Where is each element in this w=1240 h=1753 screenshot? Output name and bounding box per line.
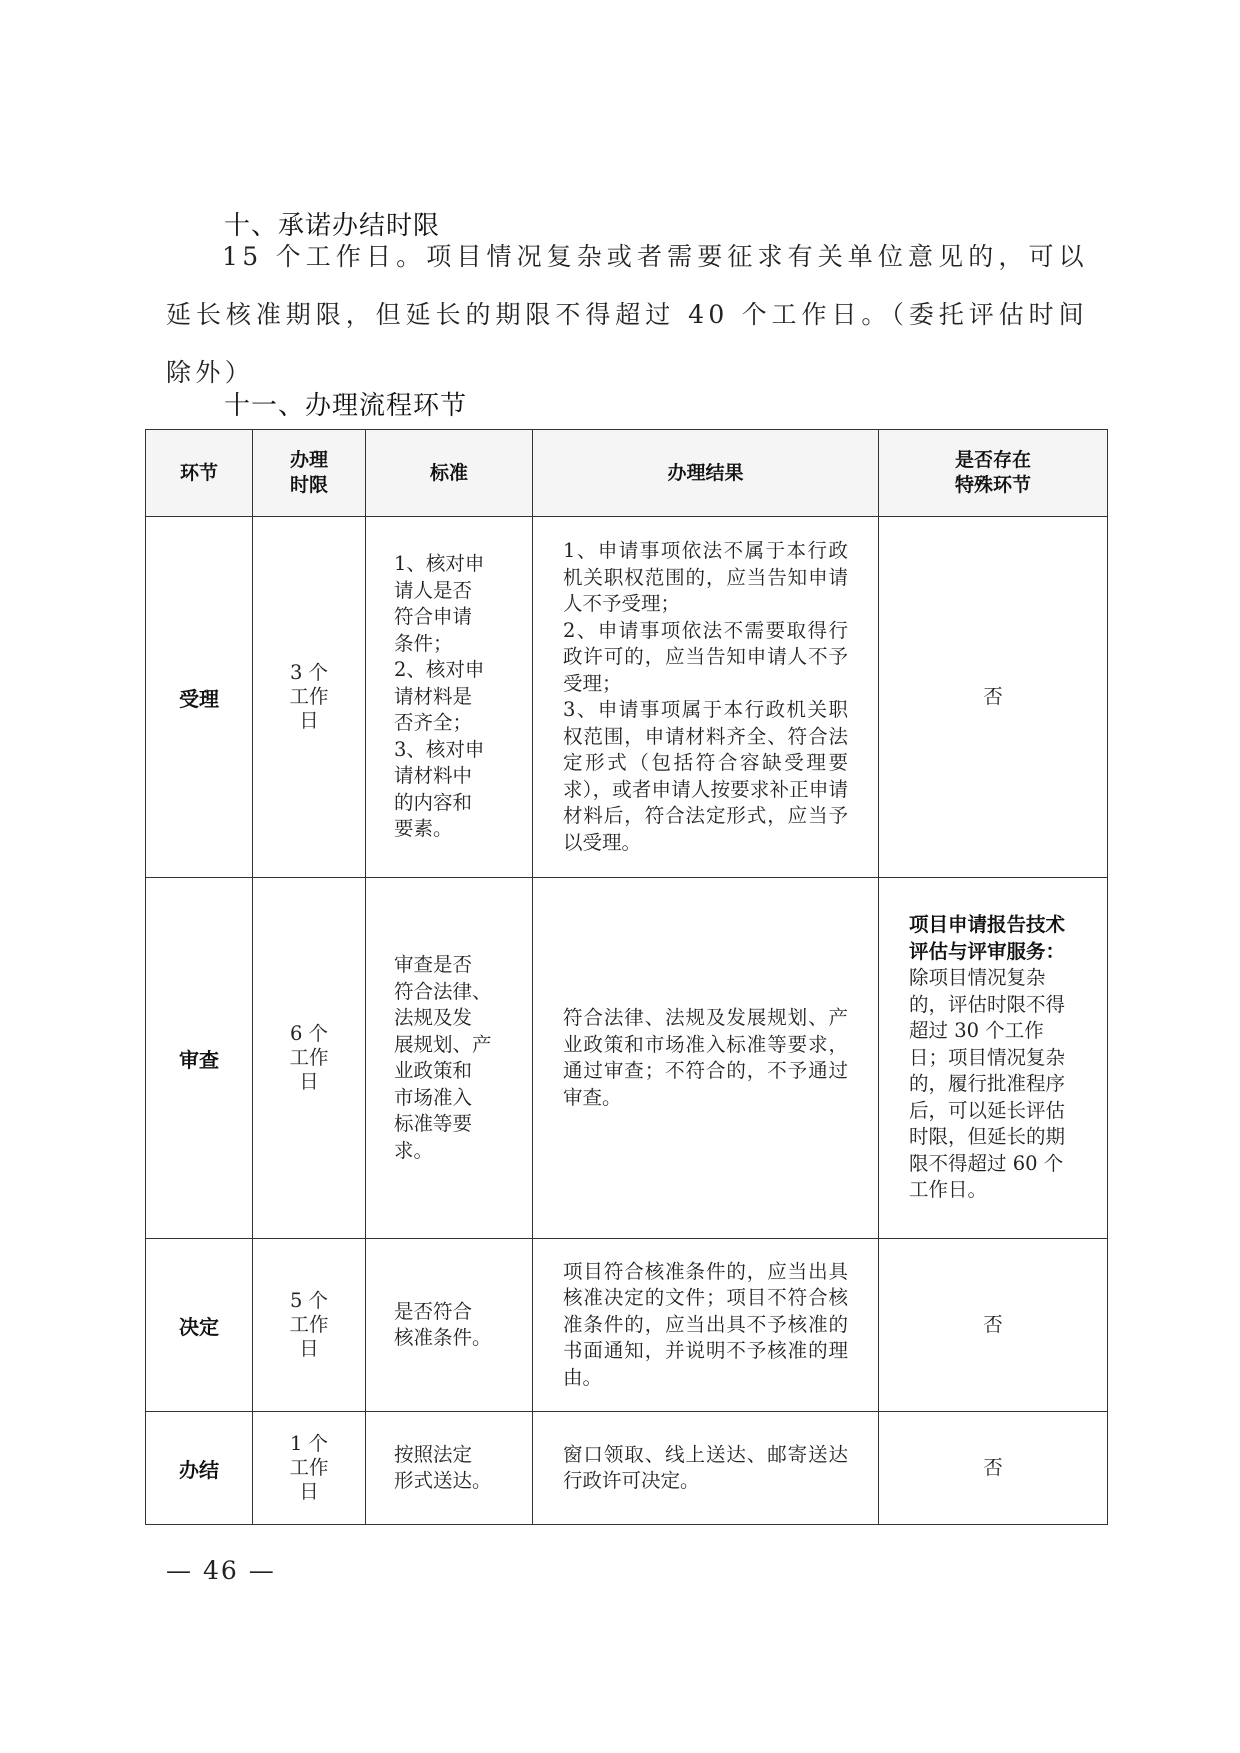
result-cell: 窗口领取、线上送达、邮寄送达行政许可决定。 [533,1412,879,1525]
stage-cell: 办结 [146,1412,253,1525]
stage-cell: 受理 [146,517,253,878]
special-step-text: 除项目情况复杂的，评估时限不得超过 30 个工作日；项目情况复杂的，履行批准程序… [909,966,1065,1201]
time-limit-cell: 3 个 工作 日 [253,517,366,878]
header-result: 办理结果 [533,430,879,517]
table-row: 审查 6 个 工作 日 审查是否 符合法律、 法规及发 展规划、产 业政策和 市… [146,878,1108,1239]
table-row: 决定 5 个 工作 日 是否符合 核准条件。 项目符合核准条件的，应当出具核准决… [146,1239,1108,1412]
stage-cell: 决定 [146,1239,253,1412]
special-step-text: 否 [983,685,1003,708]
table-row: 办结 1 个 工作 日 按照法定 形式送达。 窗口领取、线上送达、邮寄送达行政许… [146,1412,1108,1525]
process-table: 环节 办理 时限 标准 办理结果 是否存在 特殊环节 受理 3 个 工作 日 1… [145,429,1108,1525]
standard-cell: 是否符合 核准条件。 [366,1239,533,1412]
special-step-lead: 项目申请报告技术评估与评审服务： [909,913,1065,963]
section-heading-process-steps: 十一、办理流程环节 [224,385,467,422]
time-limit-cell: 6 个 工作 日 [253,878,366,1239]
time-limit-cell: 5 个 工作 日 [253,1239,366,1412]
result-cell: 符合法律、法规及发展规划、产业政策和市场准入标准等要求，通过审查；不符合的，不予… [533,878,879,1239]
time-limit-cell: 1 个 工作 日 [253,1412,366,1525]
result-cell: 1、申请事项依法不属于本行政机关职权范围的，应当告知申请人不予受理； 2、申请事… [533,517,879,878]
header-stage: 环节 [146,430,253,517]
special-step-cell: 项目申请报告技术评估与评审服务：除项目情况复杂的，评估时限不得超过 30 个工作… [879,878,1108,1239]
table-row: 受理 3 个 工作 日 1、核对申 请人是否 符合申请 条件； 2、核对申 请材… [146,517,1108,878]
header-time-limit: 办理 时限 [253,430,366,517]
standard-cell: 审查是否 符合法律、 法规及发 展规划、产 业政策和 市场准入 标准等要 求。 [366,878,533,1239]
special-step-text: 否 [983,1313,1003,1336]
page-number: — 46 — [166,1556,276,1585]
table-header-row: 环节 办理 时限 标准 办理结果 是否存在 特殊环节 [146,430,1108,517]
special-step-cell: 否 [879,1412,1108,1525]
special-step-cell: 否 [879,1239,1108,1412]
special-step-cell: 否 [879,517,1108,878]
stage-cell: 审查 [146,878,253,1239]
special-step-text: 否 [983,1456,1003,1479]
standard-cell: 1、核对申 请人是否 符合申请 条件； 2、核对申 请材料是 否齐全； 3、核对… [366,517,533,878]
result-cell: 项目符合核准条件的，应当出具核准决定的文件；项目不符合核准条件的，应当出具不予核… [533,1239,879,1412]
standard-cell: 按照法定 形式送达。 [366,1412,533,1525]
commitment-time-paragraph: 15 个工作日。项目情况复杂或者需要征求有关单位意见的，可以延长核准期限，但延长… [166,228,1088,402]
header-standard: 标准 [366,430,533,517]
header-special-step: 是否存在 特殊环节 [879,430,1108,517]
